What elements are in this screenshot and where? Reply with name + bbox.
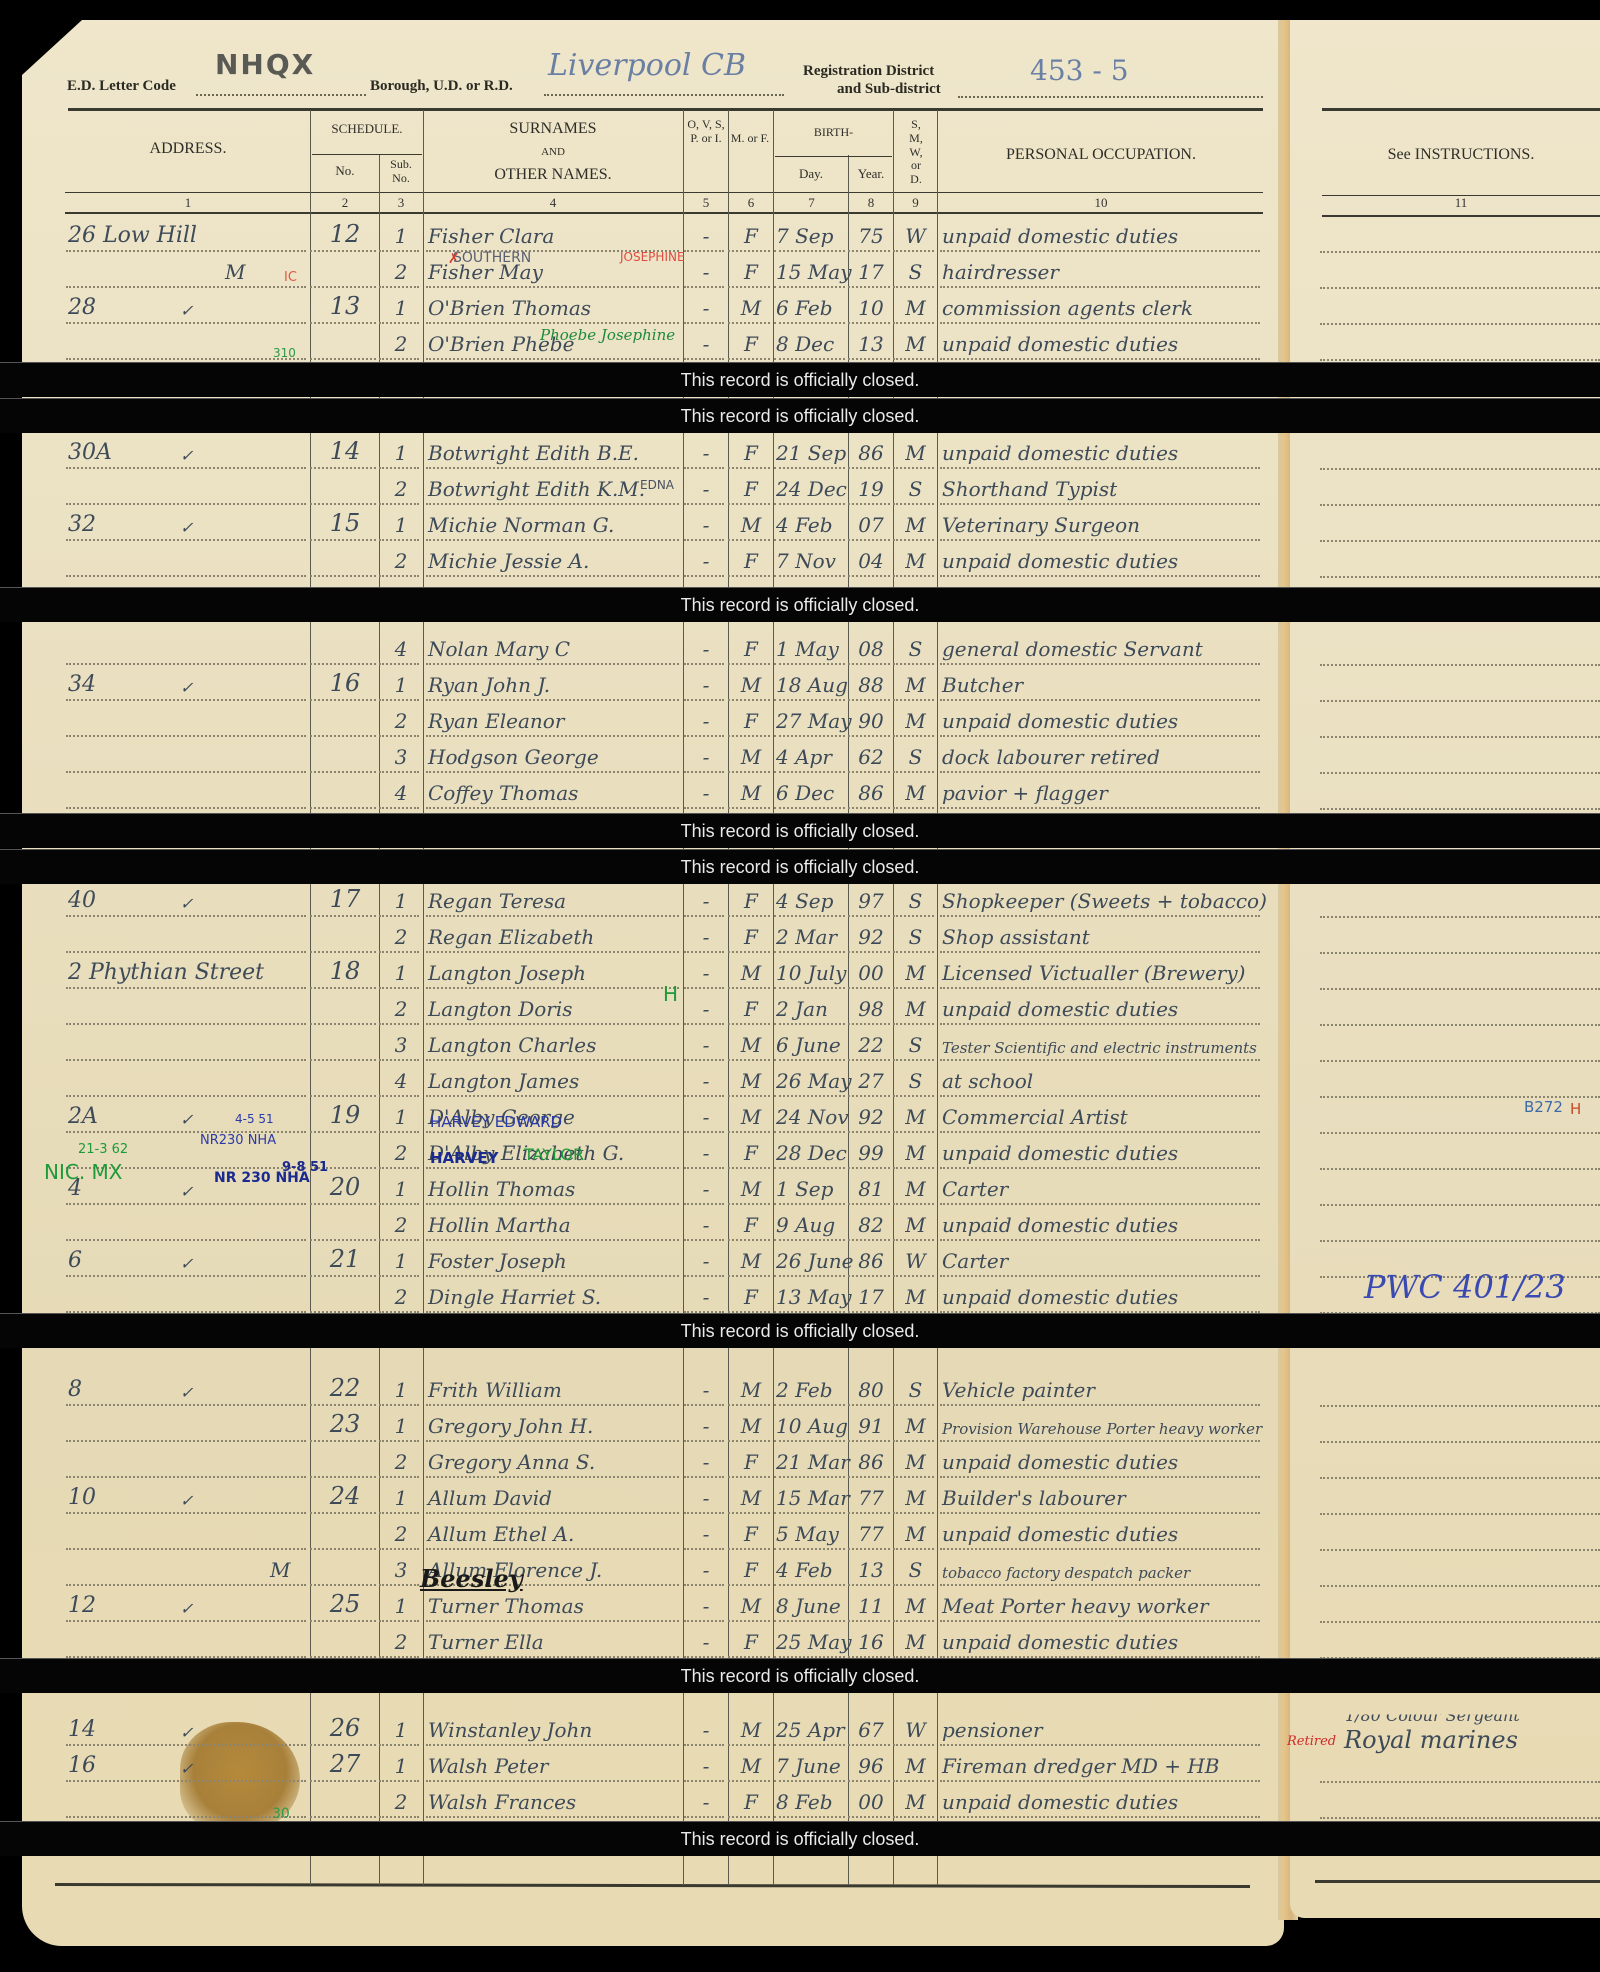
cell-sub: 4 (381, 637, 421, 661)
instructions-dotted-line (1320, 916, 1600, 918)
cell-day: 18 Aug (776, 673, 848, 697)
register-row[interactable]: 4Langton James-M26 May27Sat school (0, 1062, 1262, 1099)
cell-occ: general domestic Servant (942, 637, 1203, 661)
cell-year: 86 (850, 781, 892, 805)
dotted-rule (893, 358, 934, 360)
dotted-rule (893, 915, 934, 917)
register-row[interactable]: 2Walsh Frances-F8 Feb00Munpaid domestic … (0, 1783, 1262, 1820)
dotted-rule (893, 1440, 934, 1442)
birth-subrule (775, 156, 892, 157)
cell-sex: F (730, 477, 772, 501)
cell-occ: unpaid domestic duties (942, 1141, 1178, 1165)
check-mark-icon: ✓ (180, 446, 193, 465)
cell-o: - (686, 1486, 726, 1510)
dotted-rule (848, 322, 890, 324)
cell-sched: 24 (312, 1482, 378, 1510)
header-bottom-rule (65, 192, 1263, 193)
column-number: 8 (850, 195, 892, 211)
dotted-rule (310, 699, 376, 701)
dotted-rule (310, 322, 376, 324)
register-row[interactable]: 40171Regan Teresa-F4 Sep97SShopkeeper (S… (0, 882, 1262, 919)
colnum-bottom-rule (65, 212, 1263, 214)
dotted-rule (684, 735, 724, 737)
cell-ms: M (895, 1177, 936, 1201)
cell-ms: S (895, 925, 936, 949)
dotted-rule (940, 1059, 1260, 1061)
cell-day: 4 Feb (776, 513, 833, 537)
dotted-rule (66, 250, 306, 252)
cell-o: - (686, 637, 726, 661)
dotted-rule (774, 1584, 845, 1586)
cell-sub: 1 (381, 513, 421, 537)
cell-name: Gregory Anna S. (428, 1450, 595, 1474)
register-row[interactable]: 16271Walsh Peter-M7 June96MFireman dredg… (0, 1747, 1262, 1784)
dotted-rule (893, 1059, 934, 1061)
register-row[interactable]: 12251Turner Thomas-M8 June11MMeat Porter… (0, 1587, 1262, 1624)
dotted-rule (66, 467, 306, 469)
dotted-rule (774, 1440, 845, 1442)
cell-sched: 23 (312, 1410, 378, 1438)
dotted-rule (774, 951, 845, 953)
register-row[interactable]: 2D'Alby Elizabeth G.-F28 Dec99Munpaid do… (0, 1134, 1262, 1171)
register-row[interactable]: 2 Phythian Street181Langton Joseph-M10 J… (0, 954, 1262, 991)
cell-sched: 26 (312, 1714, 378, 1742)
dotted-rule (774, 322, 845, 324)
dotted-rule (310, 1059, 376, 1061)
dotted-rule (728, 1404, 770, 1406)
dotted-rule (848, 1203, 890, 1205)
instructions-dotted-line (1320, 1132, 1600, 1134)
dotted-rule (728, 1584, 770, 1586)
dotted-rule (310, 1476, 376, 1478)
dotted-rule (379, 1167, 419, 1169)
dotted-rule (426, 1816, 679, 1818)
cell-name: Dingle Harriet S. (428, 1285, 601, 1309)
register-row[interactable]: 4201Hollin Thomas-M1 Sep81MCarter✓ (0, 1170, 1262, 1207)
dotted-rule (940, 1167, 1260, 1169)
cell-ms: S (895, 1033, 936, 1057)
dotted-rule (684, 951, 724, 953)
cell-sub: 2 (381, 1285, 421, 1309)
col-birth-year: Year. (850, 167, 892, 182)
dotted-rule (940, 539, 1260, 541)
dotted-rule (684, 467, 724, 469)
dotted-rule (893, 1476, 934, 1478)
register-row[interactable]: 2A191D'Alby George-M24 Nov92MCommercial … (0, 1098, 1262, 1135)
dotted-rule (310, 503, 376, 505)
col-address: ADDRESS. (68, 140, 308, 158)
cell-o: - (686, 1522, 726, 1546)
cell-sex: M (730, 1033, 772, 1057)
register-row[interactable]: 34161Ryan John J.-M18 Aug88MButcher✓ (0, 666, 1262, 703)
register-row[interactable]: 2Allum Ethel A.-F5 May77Munpaid domestic… (0, 1515, 1262, 1552)
dotted-rule (940, 250, 1260, 252)
cell-sched: 18 (312, 957, 378, 985)
cell-name: Allum David (428, 1486, 552, 1510)
dotted-rule (66, 1476, 306, 1478)
cell-sex: F (730, 997, 772, 1021)
dotted-rule (728, 1548, 770, 1550)
dotted-rule (728, 1095, 770, 1097)
anno-taylor: TAYLOR (524, 1145, 584, 1164)
dotted-rule (310, 1816, 376, 1818)
cell-occ: pavior + flagger (942, 781, 1108, 805)
register-row[interactable]: 2Langton Doris-F2 Jan98Munpaid domestic … (0, 990, 1262, 1027)
cell-ms: M (895, 1414, 936, 1438)
cell-o: - (686, 925, 726, 949)
cell-address: 8 (68, 1377, 82, 1402)
cell-sub: 1 (381, 441, 421, 465)
cell-sex: M (730, 513, 772, 537)
register-row[interactable]: 2Ryan Eleanor-F27 May90Munpaid domestic … (0, 702, 1262, 739)
register-row[interactable]: 2Hollin Martha-F9 Aug82Munpaid domestic … (0, 1206, 1262, 1243)
check-mark-icon: ✓ (180, 894, 193, 913)
cell-ms: S (895, 1558, 936, 1582)
cell-day: 7 Nov (776, 549, 836, 573)
dotted-rule (848, 1023, 890, 1025)
register-row[interactable]: 231Gregory John H.-M10 Aug91MProvision W… (0, 1407, 1262, 1444)
dotted-rule (379, 915, 419, 917)
check-mark-icon: ✓ (180, 301, 193, 320)
dotted-rule (426, 1059, 679, 1061)
cell-ms: M (895, 1450, 936, 1474)
cell-year: 75 (850, 224, 892, 248)
instructions-dotted-line (1320, 1513, 1600, 1515)
cell-sex: M (730, 745, 772, 769)
cell-o: - (686, 1754, 726, 1778)
cell-sex: M (730, 1249, 772, 1273)
dotted-rule (66, 1744, 306, 1746)
dotted-rule (848, 807, 890, 809)
cell-ms: W (895, 1249, 936, 1273)
dotted-rule (774, 467, 845, 469)
dotted-rule (940, 663, 1260, 665)
cell-occ: Veterinary Surgeon (942, 513, 1140, 537)
cell-o: - (686, 1285, 726, 1309)
cell-ms: S (895, 1069, 936, 1093)
register-row[interactable]: 2Regan Elizabeth-F2 Mar92SShop assistant (0, 918, 1262, 955)
cell-o: - (686, 997, 726, 1021)
anno-josephine: JOSEPHINE (620, 250, 685, 264)
cell-name: Hodgson George (428, 745, 599, 769)
dotted-rule (66, 358, 306, 360)
register-row[interactable]: 3Hodgson George-M4 Apr62Sdock labourer r… (0, 738, 1262, 775)
anno-royal-marines: Royal marines (1344, 1726, 1518, 1754)
cell-name: Fisher Clara (428, 224, 554, 248)
cell-year: 19 (850, 477, 892, 501)
cell-sub: 2 (381, 1790, 421, 1814)
cell-occ: unpaid domestic duties (942, 224, 1178, 248)
cell-name: Hollin Martha (428, 1213, 571, 1237)
cell-sub: 3 (381, 745, 421, 769)
anno-pwc: PWC 401/23 (1364, 1268, 1566, 1306)
dotted-rule (684, 1620, 724, 1622)
dotted-rule (66, 1095, 306, 1097)
cell-day: 2 Feb (776, 1378, 833, 1402)
cell-sex: M (730, 1718, 772, 1742)
dotted-rule (940, 771, 1260, 773)
dotted-rule (66, 663, 306, 665)
cell-day: 8 Feb (776, 1790, 833, 1814)
cell-address: 12 (68, 1593, 96, 1618)
dotted-rule (310, 771, 376, 773)
dotted-rule (310, 1744, 376, 1746)
cell-sex: F (730, 1285, 772, 1309)
dotted-rule (66, 1404, 306, 1406)
register-row[interactable]: M3Allum Florence J.-F4 Feb13Stobacco fac… (0, 1551, 1262, 1588)
register-row[interactable]: 4Nolan Mary C-F1 May08Sgeneral domestic … (0, 630, 1262, 667)
cell-year: 81 (850, 1177, 892, 1201)
cell-year: 22 (850, 1033, 892, 1057)
cell-name: Foster Joseph (428, 1249, 567, 1273)
dotted-rule (426, 1548, 679, 1550)
register-row[interactable]: 2Botwright Edith K.M.-F24 Dec19SShorthan… (0, 470, 1262, 507)
dotted-rule (848, 358, 890, 360)
registration-label-2: and Sub-district (837, 81, 941, 98)
cell-year: 16 (850, 1630, 892, 1654)
cell-sub: 1 (381, 1378, 421, 1402)
dotted-rule (66, 1548, 306, 1550)
cell-day: 7 Sep (776, 224, 833, 248)
instructions-dotted-line (1320, 540, 1600, 542)
dotted-rule (774, 1404, 845, 1406)
cell-name: Regan Teresa (428, 889, 566, 913)
register-row[interactable]: 2Turner Ella-F25 May16Munpaid domestic d… (0, 1623, 1262, 1660)
cell-day: 27 May (776, 709, 852, 733)
cell-sex: M (730, 1378, 772, 1402)
borough-dotted-line (544, 94, 784, 96)
instructions-dotted-line (1320, 700, 1600, 702)
dotted-rule (684, 1404, 724, 1406)
register-row[interactable]: 2Michie Jessie A.-F7 Nov04Munpaid domest… (0, 542, 1262, 579)
anno-date-1: 4-5 51 (235, 1112, 274, 1126)
cell-o: - (686, 1105, 726, 1129)
dotted-rule (684, 322, 724, 324)
dotted-rule (848, 663, 890, 665)
cell-year: 92 (850, 1105, 892, 1129)
ed-code-dotted-line (196, 94, 366, 96)
dotted-rule (684, 358, 724, 360)
dotted-rule (893, 1744, 934, 1746)
col-marital: S, M, W, or D. (906, 118, 926, 187)
dotted-rule (684, 575, 724, 577)
col-schedule-sub: Sub. No. (381, 158, 421, 186)
dotted-rule (774, 699, 845, 701)
dotted-rule (774, 1548, 845, 1550)
cell-year: 17 (850, 1285, 892, 1309)
cell-name: Turner Thomas (428, 1594, 584, 1618)
instructions-dotted-line (1320, 1549, 1600, 1551)
dotted-rule (379, 539, 419, 541)
anno-date-3: 21-3 62 (78, 1142, 128, 1157)
dotted-rule (940, 915, 1260, 917)
dotted-rule (379, 1476, 419, 1478)
cell-year: 98 (850, 997, 892, 1021)
dotted-rule (310, 915, 376, 917)
dotted-rule (379, 951, 419, 953)
cell-address: 14 (68, 1717, 96, 1742)
cell-occ: Carter (942, 1249, 1008, 1273)
cell-occ: unpaid domestic duties (942, 441, 1178, 465)
dotted-rule (893, 503, 934, 505)
instructions-dotted-line (1320, 1817, 1600, 1819)
dotted-rule (728, 735, 770, 737)
dotted-rule (310, 358, 376, 360)
cell-sub: 1 (381, 1177, 421, 1201)
dotted-rule (728, 358, 770, 360)
register-row[interactable]: 30A141Botwright Edith B.E.-F21 Sep86Munp… (0, 434, 1262, 471)
cell-year: 91 (850, 1414, 892, 1438)
closed-record-banner: This record is officially closed. (0, 1821, 1600, 1856)
cell-ms: M (895, 1594, 936, 1618)
dotted-rule (310, 1203, 376, 1205)
dotted-rule (684, 1476, 724, 1478)
dotted-rule (684, 1095, 724, 1097)
cell-year: 00 (850, 1790, 892, 1814)
anno-310: 310 (273, 346, 296, 360)
cell-sub: 4 (381, 781, 421, 805)
cell-name: Langton Joseph (428, 961, 586, 985)
dotted-rule (66, 1239, 306, 1241)
cell-day: 15 Mar (776, 1486, 850, 1510)
dotted-rule (774, 539, 845, 541)
register-row[interactable]: 26 Low Hill121Fisher Clara-F7 Sep75Wunpa… (0, 217, 1262, 254)
dotted-rule (379, 1584, 419, 1586)
cell-occ: unpaid domestic duties (942, 709, 1178, 733)
dotted-rule (728, 1275, 770, 1277)
cell-occ: Licensed Victualler (Brewery) (942, 961, 1245, 985)
cell-year: 86 (850, 1249, 892, 1273)
dotted-rule (893, 1816, 934, 1818)
dotted-rule (310, 735, 376, 737)
cell-o: - (686, 961, 726, 985)
cell-name: Walsh Frances (428, 1790, 576, 1814)
dotted-rule (684, 663, 724, 665)
dotted-rule (893, 1203, 934, 1205)
cell-address: M (270, 1558, 290, 1582)
register-row[interactable]: 3Langton Charles-M6 June22STester Scient… (0, 1026, 1262, 1063)
cell-sex: M (730, 673, 772, 697)
register-row[interactable]: 14261Winstanley John-M25 Apr67Wpensioner… (0, 1711, 1262, 1748)
dotted-rule (728, 539, 770, 541)
cell-name: Botwright Edith K.M. (428, 477, 645, 501)
cell-sex: M (730, 1594, 772, 1618)
column-number: 4 (425, 195, 681, 211)
dotted-rule (426, 286, 679, 288)
dotted-rule (379, 1095, 419, 1097)
cell-ms: M (895, 441, 936, 465)
dotted-rule (893, 1131, 934, 1133)
col-surnames-2: AND (425, 146, 681, 159)
borough-label: Borough, U.D. or R.D. (370, 78, 513, 95)
dotted-rule (774, 1816, 845, 1818)
instructions-dotted-line (1320, 1240, 1600, 1242)
dotted-rule (379, 735, 419, 737)
cell-sched: 16 (312, 669, 378, 697)
dotted-rule (66, 1275, 306, 1277)
cell-o: - (686, 1450, 726, 1474)
register-row[interactable]: 28131O'Brien Thomas-M6 Feb10Mcommission … (0, 289, 1262, 326)
dotted-rule (426, 1023, 679, 1025)
cell-year: 86 (850, 1450, 892, 1474)
cell-occ: Shopkeeper (Sweets + tobacco) (942, 889, 1267, 913)
dotted-rule (940, 286, 1260, 288)
dotted-rule (66, 699, 306, 701)
cell-ms: M (895, 997, 936, 1021)
borough-value: Liverpool CB (548, 48, 746, 83)
cell-sex: M (730, 1486, 772, 1510)
dotted-rule (774, 1476, 845, 1478)
dotted-rule (426, 807, 679, 809)
cell-ms: S (895, 745, 936, 769)
column-number: 10 (940, 195, 1262, 211)
register-row[interactable]: 2Gregory Anna S.-F21 Mar86Munpaid domest… (0, 1443, 1262, 1480)
cell-ms: M (895, 1522, 936, 1546)
instructions-dotted-line (1320, 772, 1600, 774)
dotted-rule (66, 735, 306, 737)
cell-year: 82 (850, 1213, 892, 1237)
register-row[interactable]: 10241Allum David-M15 Mar77MBuilder's lab… (0, 1479, 1262, 1516)
dotted-rule (728, 1239, 770, 1241)
cell-year: 86 (850, 441, 892, 465)
dotted-rule (728, 1203, 770, 1205)
cell-o: - (686, 1033, 726, 1057)
cell-o: - (686, 441, 726, 465)
dotted-rule (684, 987, 724, 989)
cell-name: Nolan Mary C (428, 637, 570, 661)
dotted-rule (379, 699, 419, 701)
dotted-rule (940, 1404, 1260, 1406)
dotted-rule (310, 1404, 376, 1406)
dotted-rule (940, 735, 1260, 737)
dotted-rule (848, 1476, 890, 1478)
cell-ms: S (895, 1378, 936, 1402)
dotted-rule (893, 951, 934, 953)
cell-day: 24 Dec (776, 477, 847, 501)
register-row[interactable]: 6211Foster Joseph-M26 June86WCarter✓ (0, 1242, 1262, 1279)
register-row[interactable]: 8221Frith William-M2 Feb80SVehicle paint… (0, 1371, 1262, 1408)
cell-occ: unpaid domestic duties (942, 332, 1178, 356)
dotted-rule (774, 807, 845, 809)
dotted-rule (893, 575, 934, 577)
register-row[interactable]: 32151Michie Norman G.-M4 Feb07MVeterinar… (0, 506, 1262, 543)
dotted-rule (728, 699, 770, 701)
column-number: 1 (68, 195, 308, 211)
dotted-rule (893, 771, 934, 773)
dotted-rule (379, 807, 419, 809)
cell-name: Walsh Peter (428, 1754, 548, 1778)
right-footer-rule (1315, 1880, 1600, 1883)
cell-name: Hollin Thomas (428, 1177, 575, 1201)
cell-sex: M (730, 1754, 772, 1778)
check-mark-icon: ✓ (180, 1723, 193, 1742)
dotted-rule (379, 322, 419, 324)
dotted-rule (774, 1275, 845, 1277)
dotted-rule (848, 1440, 890, 1442)
dotted-rule (379, 286, 419, 288)
register-row[interactable]: 4Coffey Thomas-M6 Dec86Mpavior + flagger (0, 774, 1262, 811)
anno-harvey-edward: HARVEY EDWARD (430, 1113, 562, 1131)
register-row[interactable]: 2Dingle Harriet S.-F13 May17Munpaid dome… (0, 1278, 1262, 1315)
dotted-rule (379, 1440, 419, 1442)
instructions-dotted-line (1320, 736, 1600, 738)
dotted-rule (848, 1059, 890, 1061)
cell-sub: 1 (381, 1718, 421, 1742)
dotted-rule (66, 951, 306, 953)
cell-o: - (686, 673, 726, 697)
cell-year: 00 (850, 961, 892, 985)
cell-name: Frith William (428, 1378, 562, 1402)
